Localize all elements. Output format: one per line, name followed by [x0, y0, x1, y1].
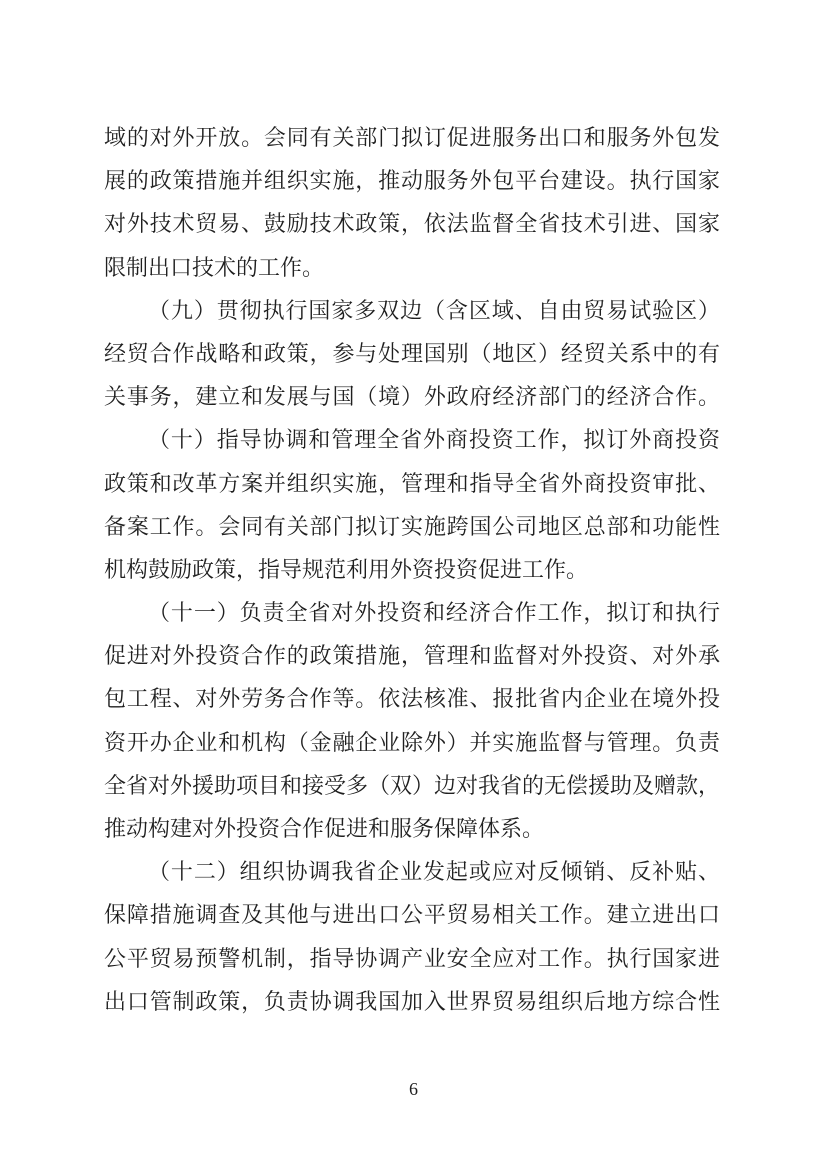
paragraph: （九）贯彻执行国家多双边（含区域、自由贸易试验区）经贸合作战略和政策，参与处理国…	[104, 290, 720, 420]
paragraph: （十一）负责全省对外投资和经济合作工作，拟订和执行促进对外投资合作的政策措施，管…	[104, 592, 720, 851]
text-line: 限制出口技术的工作。	[104, 247, 720, 290]
text-line: 全省对外援助项目和接受多（双）边对我省的无偿援助及赠款，	[104, 765, 720, 808]
text-line: （九）贯彻执行国家多双边（含区域、自由贸易试验区）	[104, 290, 720, 333]
paragraph: （十二）组织协调我省企业发起或应对反倾销、反补贴、保障措施调查及其他与进出口公平…	[104, 851, 720, 1024]
text-line: （十二）组织协调我省企业发起或应对反倾销、反补贴、	[104, 851, 720, 894]
text-line: 公平贸易预警机制，指导协调产业安全应对工作。执行国家进	[104, 938, 720, 981]
text-line: 展的政策措施并组织实施，推动服务外包平台建设。执行国家	[104, 160, 720, 203]
text-line: 政策和改革方案并组织实施，管理和指导全省外商投资审批、	[104, 463, 720, 506]
text-line: 关事务，建立和发展与国（境）外政府经济部门的经济合作。	[104, 376, 720, 419]
text-line: 域的对外开放。会同有关部门拟订促进服务出口和服务外包发	[104, 117, 720, 160]
text-line: 推动构建对外投资合作促进和服务保障体系。	[104, 808, 720, 851]
paragraph: （十）指导协调和管理全省外商投资工作，拟订外商投资政策和改革方案并组织实施，管理…	[104, 419, 720, 592]
paragraph: 域的对外开放。会同有关部门拟订促进服务出口和服务外包发展的政策措施并组织实施，推…	[104, 117, 720, 290]
text-line: 保障措施调查及其他与进出口公平贸易相关工作。建立进出口	[104, 894, 720, 937]
text-line: 促进对外投资合作的政策措施，管理和监督对外投资、对外承	[104, 635, 720, 678]
text-line: 对外技术贸易、鼓励技术政策，依法监督全省技术引进、国家	[104, 203, 720, 246]
text-line: （十）指导协调和管理全省外商投资工作，拟订外商投资	[104, 419, 720, 462]
text-line: 备案工作。会同有关部门拟订实施跨国公司地区总部和功能性	[104, 506, 720, 549]
document-body-text: 域的对外开放。会同有关部门拟订促进服务出口和服务外包发展的政策措施并组织实施，推…	[104, 117, 720, 1024]
text-line: 经贸合作战略和政策，参与处理国别（地区）经贸关系中的有	[104, 333, 720, 376]
page-number: 6	[0, 1078, 827, 1100]
text-line: （十一）负责全省对外投资和经济合作工作，拟订和执行	[104, 592, 720, 635]
text-line: 出口管制政策，负责协调我国加入世界贸易组织后地方综合性	[104, 981, 720, 1024]
document-page: 域的对外开放。会同有关部门拟订促进服务出口和服务外包发展的政策措施并组织实施，推…	[0, 0, 827, 1169]
text-line: 包工程、对外劳务合作等。依法核准、报批省内企业在境外投	[104, 678, 720, 721]
text-line: 资开办企业和机构（金融企业除外）并实施监督与管理。负责	[104, 722, 720, 765]
text-line: 机构鼓励政策，指导规范利用外资投资促进工作。	[104, 549, 720, 592]
